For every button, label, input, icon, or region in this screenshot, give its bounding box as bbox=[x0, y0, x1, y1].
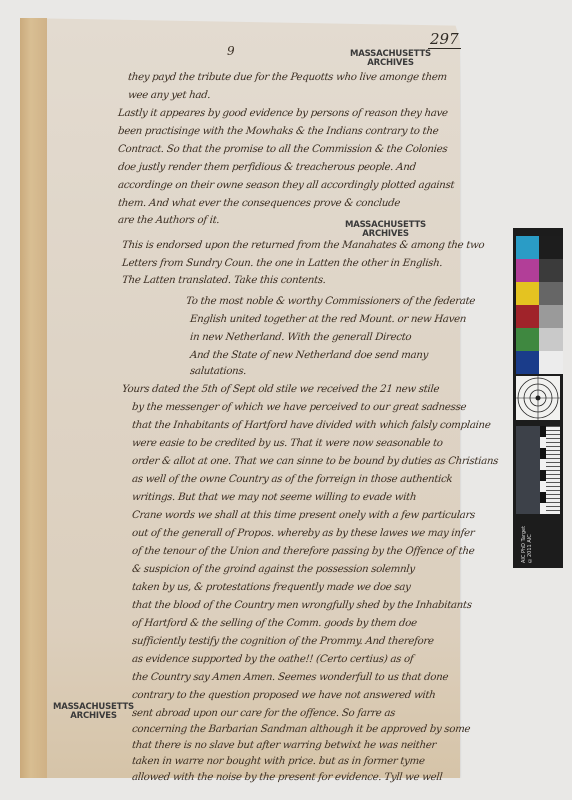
text-line: are the Authors of it. bbox=[117, 215, 219, 226]
text-line: order & allot at one. That we can sinne … bbox=[131, 456, 498, 467]
text-line: the Country say Amen Amen. Seemes wonder… bbox=[131, 672, 448, 683]
text-line: that the blood of the Country men wrongf… bbox=[131, 600, 472, 611]
text-line: To the most noble & worthy Commissioners… bbox=[185, 296, 475, 307]
text-line: allowed with the noise by the present fo… bbox=[131, 772, 442, 783]
text-line: that the Inhabitants of Hartford have di… bbox=[131, 420, 491, 431]
text-line: of Hartford & the selling of the Comm. g… bbox=[131, 618, 417, 629]
stamp-line: ARCHIVES bbox=[350, 59, 431, 68]
text-line: in new Netherland. With the generall Dir… bbox=[189, 332, 411, 343]
swatch-cyan bbox=[516, 236, 540, 259]
text-line: Crane words we shall at this time presen… bbox=[131, 510, 475, 521]
swatch-gray-1 bbox=[539, 236, 563, 259]
text-line: they payd the tribute due for the Pequot… bbox=[127, 72, 447, 83]
text-line: by the messenger of which we have percei… bbox=[131, 402, 466, 413]
measurement-ruler bbox=[516, 426, 560, 514]
text-line: Lastly it appeares by good evidence by p… bbox=[117, 108, 448, 119]
page-number: 9 bbox=[227, 44, 235, 58]
text-line: Yours dated the 5th of Sept old stile we… bbox=[121, 384, 439, 395]
text-line: & suspicion of the groind against the po… bbox=[131, 564, 415, 575]
text-line: them. And what ever the consequences pro… bbox=[117, 198, 400, 209]
text-line: writings. But that we may not seeme will… bbox=[131, 492, 416, 503]
swatch-gray-5 bbox=[539, 328, 563, 351]
swatch-blue bbox=[516, 351, 540, 374]
archive-stamp-bottom: MASSACHUSETTS ARCHIVES bbox=[53, 703, 134, 721]
text-line: salutations. bbox=[189, 366, 246, 377]
text-line: accordinge on their owne season they all… bbox=[117, 180, 454, 191]
text-line: doe justly render them perfidious & trea… bbox=[117, 162, 416, 173]
text-line: as evidence supported by the oathe!! (Ce… bbox=[131, 654, 413, 665]
archive-stamp-top: MASSACHUSETTS ARCHIVES bbox=[350, 50, 431, 68]
ruler-scale bbox=[546, 426, 560, 514]
swatch-red bbox=[516, 305, 540, 328]
text-line: taken in warre nor bought with price. bu… bbox=[131, 756, 425, 767]
swatch-gray-4 bbox=[539, 305, 563, 328]
text-line: been practisinge with the Mowhaks & the … bbox=[117, 126, 438, 137]
swatch-gray-2 bbox=[539, 259, 563, 282]
swatch-yellow bbox=[516, 282, 540, 305]
swatch-gray-6 bbox=[539, 351, 563, 374]
swatch-magenta bbox=[516, 259, 540, 282]
text-line: sufficiently testify the cognition of th… bbox=[131, 636, 434, 647]
page-binding-edge bbox=[20, 18, 47, 778]
text-line: were easie to be credited by us. That it… bbox=[131, 438, 443, 449]
swatch-gray-3 bbox=[539, 282, 563, 305]
text-line: And the State of new Netherland doe send… bbox=[189, 350, 428, 361]
text-line: taken by us, & protestations frequently … bbox=[131, 582, 411, 593]
text-line: concerning the Barbarian Sandman althoug… bbox=[131, 724, 470, 735]
text-line: of the tenour of the Union and therefore… bbox=[131, 546, 474, 557]
archive-stamp-middle: MASSACHUSETTS ARCHIVES bbox=[345, 221, 426, 239]
text-line: This is endorsed upon the returned from … bbox=[121, 240, 484, 251]
stamp-line: ARCHIVES bbox=[345, 230, 426, 239]
folio-number: 297 bbox=[428, 30, 461, 49]
swatch-green bbox=[516, 328, 540, 351]
text-line: out of the generall of Propos. whereby a… bbox=[131, 528, 474, 539]
focus-target-icon bbox=[516, 376, 560, 420]
text-line: Contract. So that the promise to all the… bbox=[117, 144, 447, 155]
text-line: sent abroad upon our care for the offenc… bbox=[131, 708, 395, 719]
stamp-line: ARCHIVES bbox=[53, 712, 134, 721]
text-line: Letters from Sundry Coun. the one in Lat… bbox=[121, 258, 442, 269]
text-line: that there is no slave but after warring… bbox=[131, 740, 436, 751]
text-line: wee any yet had. bbox=[127, 90, 211, 101]
text-line: The Latten translated. Take this content… bbox=[121, 275, 326, 286]
card-label: AIC PhD Target ©2011 AIC bbox=[521, 525, 535, 563]
text-line: contrary to the question proposed we hav… bbox=[131, 690, 436, 701]
text-line: as well of the owne Country as of the fo… bbox=[131, 474, 452, 485]
text-line: English united together at the red Mount… bbox=[189, 314, 466, 325]
